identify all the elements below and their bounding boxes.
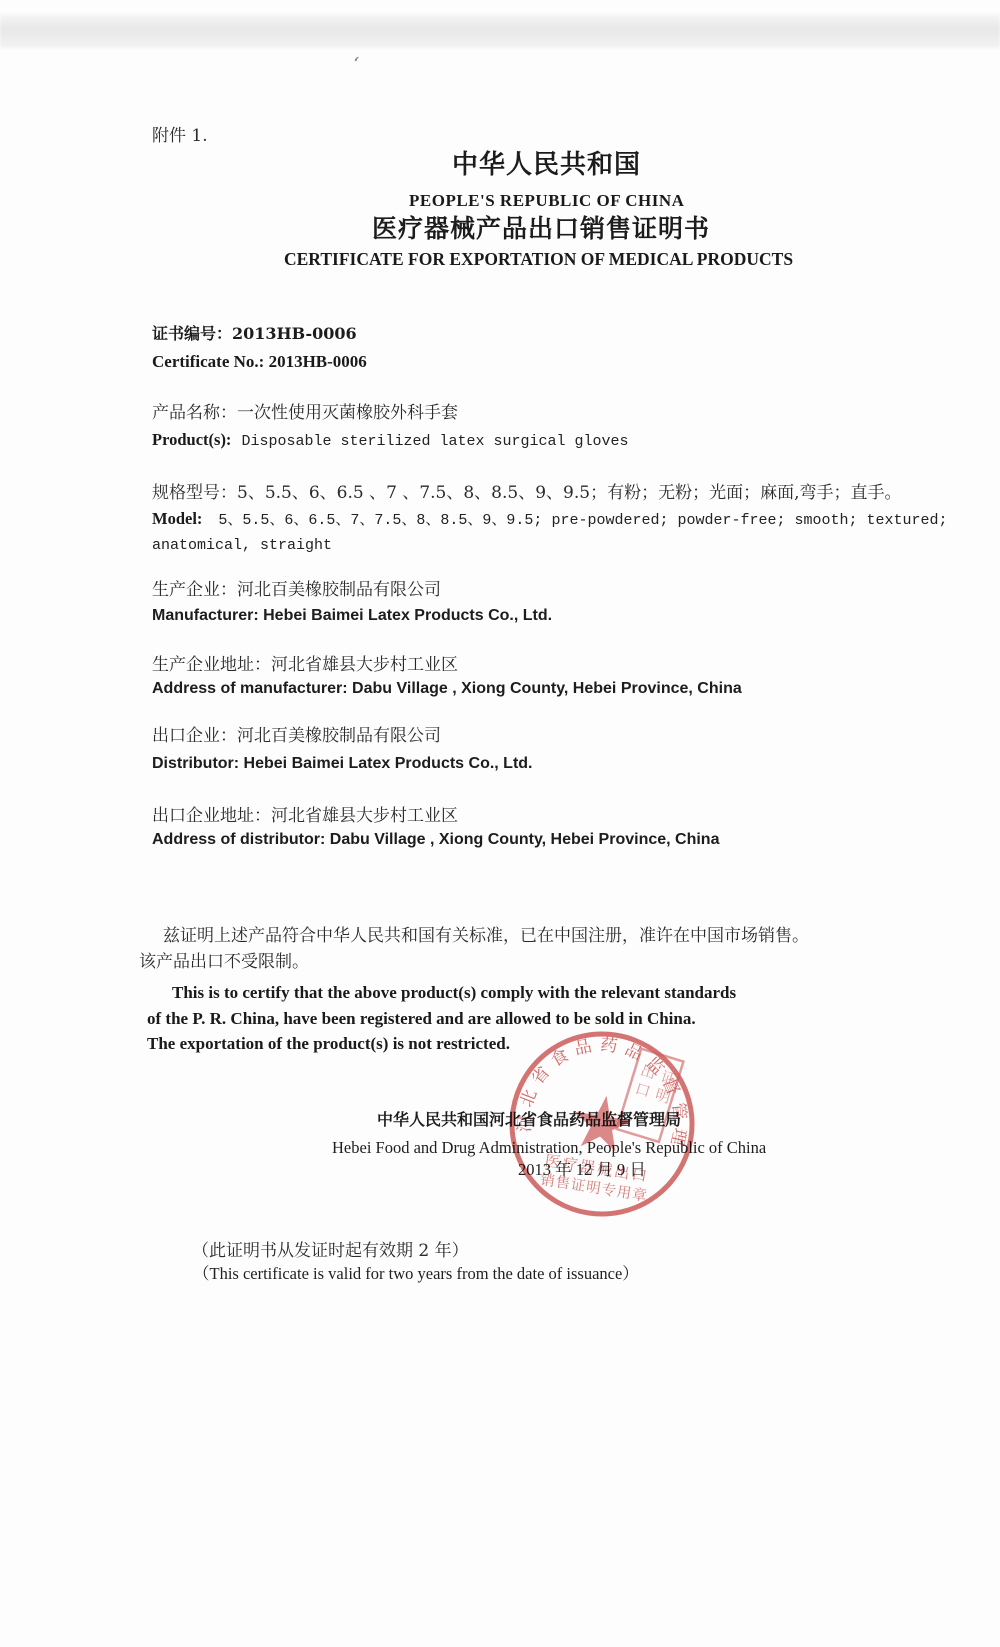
certificate-title-cn: 医疗器械产品出口销售证明书 [372,213,710,244]
scan-mark: ʻ [350,52,361,77]
model-label-en: Model: [152,509,202,528]
certificate-scan-page: ʻ 附件 1. 中华人民共和国 PEOPLE'S REPUBLIC OF CHI… [0,0,1000,1647]
distributor-cn: 出口企业：河北百美橡胶制品有限公司 [152,726,441,747]
model-value-line2-en: anatomical, straight [152,537,332,556]
country-title-cn: 中华人民共和国 [452,149,641,182]
manufacturer-cn: 生产企业：河北百美橡胶制品有限公司 [152,580,441,601]
distributor-address-en: Address of distributor: Dabu Village , X… [152,830,719,850]
validity-note-cn: （此证明书从发证时起有效期 2 年） [192,1241,469,1262]
product-label-en: Product(s): [152,430,231,449]
certification-cn-line1: 兹证明上述产品符合中华人民共和国有关标准，已在中国注册，准许在中国市场销售。 [163,926,809,947]
product-name-cn: 产品名称：一次性使用灭菌橡胶外科手套 [152,403,458,424]
validity-note-en: （This certificate is valid for two years… [193,1264,639,1285]
certificate-title-en: CERTIFICATE FOR EXPORTATION OF MEDICAL P… [284,249,793,271]
distributor-address-cn: 出口企业地址：河北省雄县大步村工业区 [152,806,458,827]
manufacturer-address-en: Address of manufacturer: Dabu Village , … [152,679,742,699]
model-value-en: 5、5.5、6、6.5、7、7.5、8、8.5、9、9.5; pre-powde… [218,512,947,529]
official-stamp: 河北省食品药品监督管理局 ★ 出口 证明 医疗器械出口 销售证明专用章 [492,1018,712,1230]
product-value-en: Disposable sterilized latex surgical glo… [241,433,628,450]
scan-artifact-band [0,14,1000,48]
manufacturer-en: Manufacturer: Hebei Baimei Latex Product… [152,606,552,626]
certification-en-line1: This is to certify that the above produc… [172,982,736,1003]
spec-model-cn: 规格型号：5、5.5、6、6.5 、7 、7.5、8、8.5、9、9.5；有粉；… [152,483,901,504]
manufacturer-address-cn: 生产企业地址：河北省雄县大步村工业区 [152,655,458,676]
certificate-no-en: Certificate No.: 2013HB-0006 [152,351,367,372]
attachment-label: 附件 1. [152,126,208,147]
country-title-en: PEOPLE'S REPUBLIC OF CHINA [409,190,684,211]
certification-en-line3: The exportation of the product(s) is not… [147,1033,510,1054]
distributor-en: Distributor: Hebei Baimei Latex Products… [152,754,533,774]
certification-cn-line2: 该产品出口不受限制。 [139,952,309,973]
certificate-no-cn: 证书编号：2013HB-0006 [152,324,357,344]
